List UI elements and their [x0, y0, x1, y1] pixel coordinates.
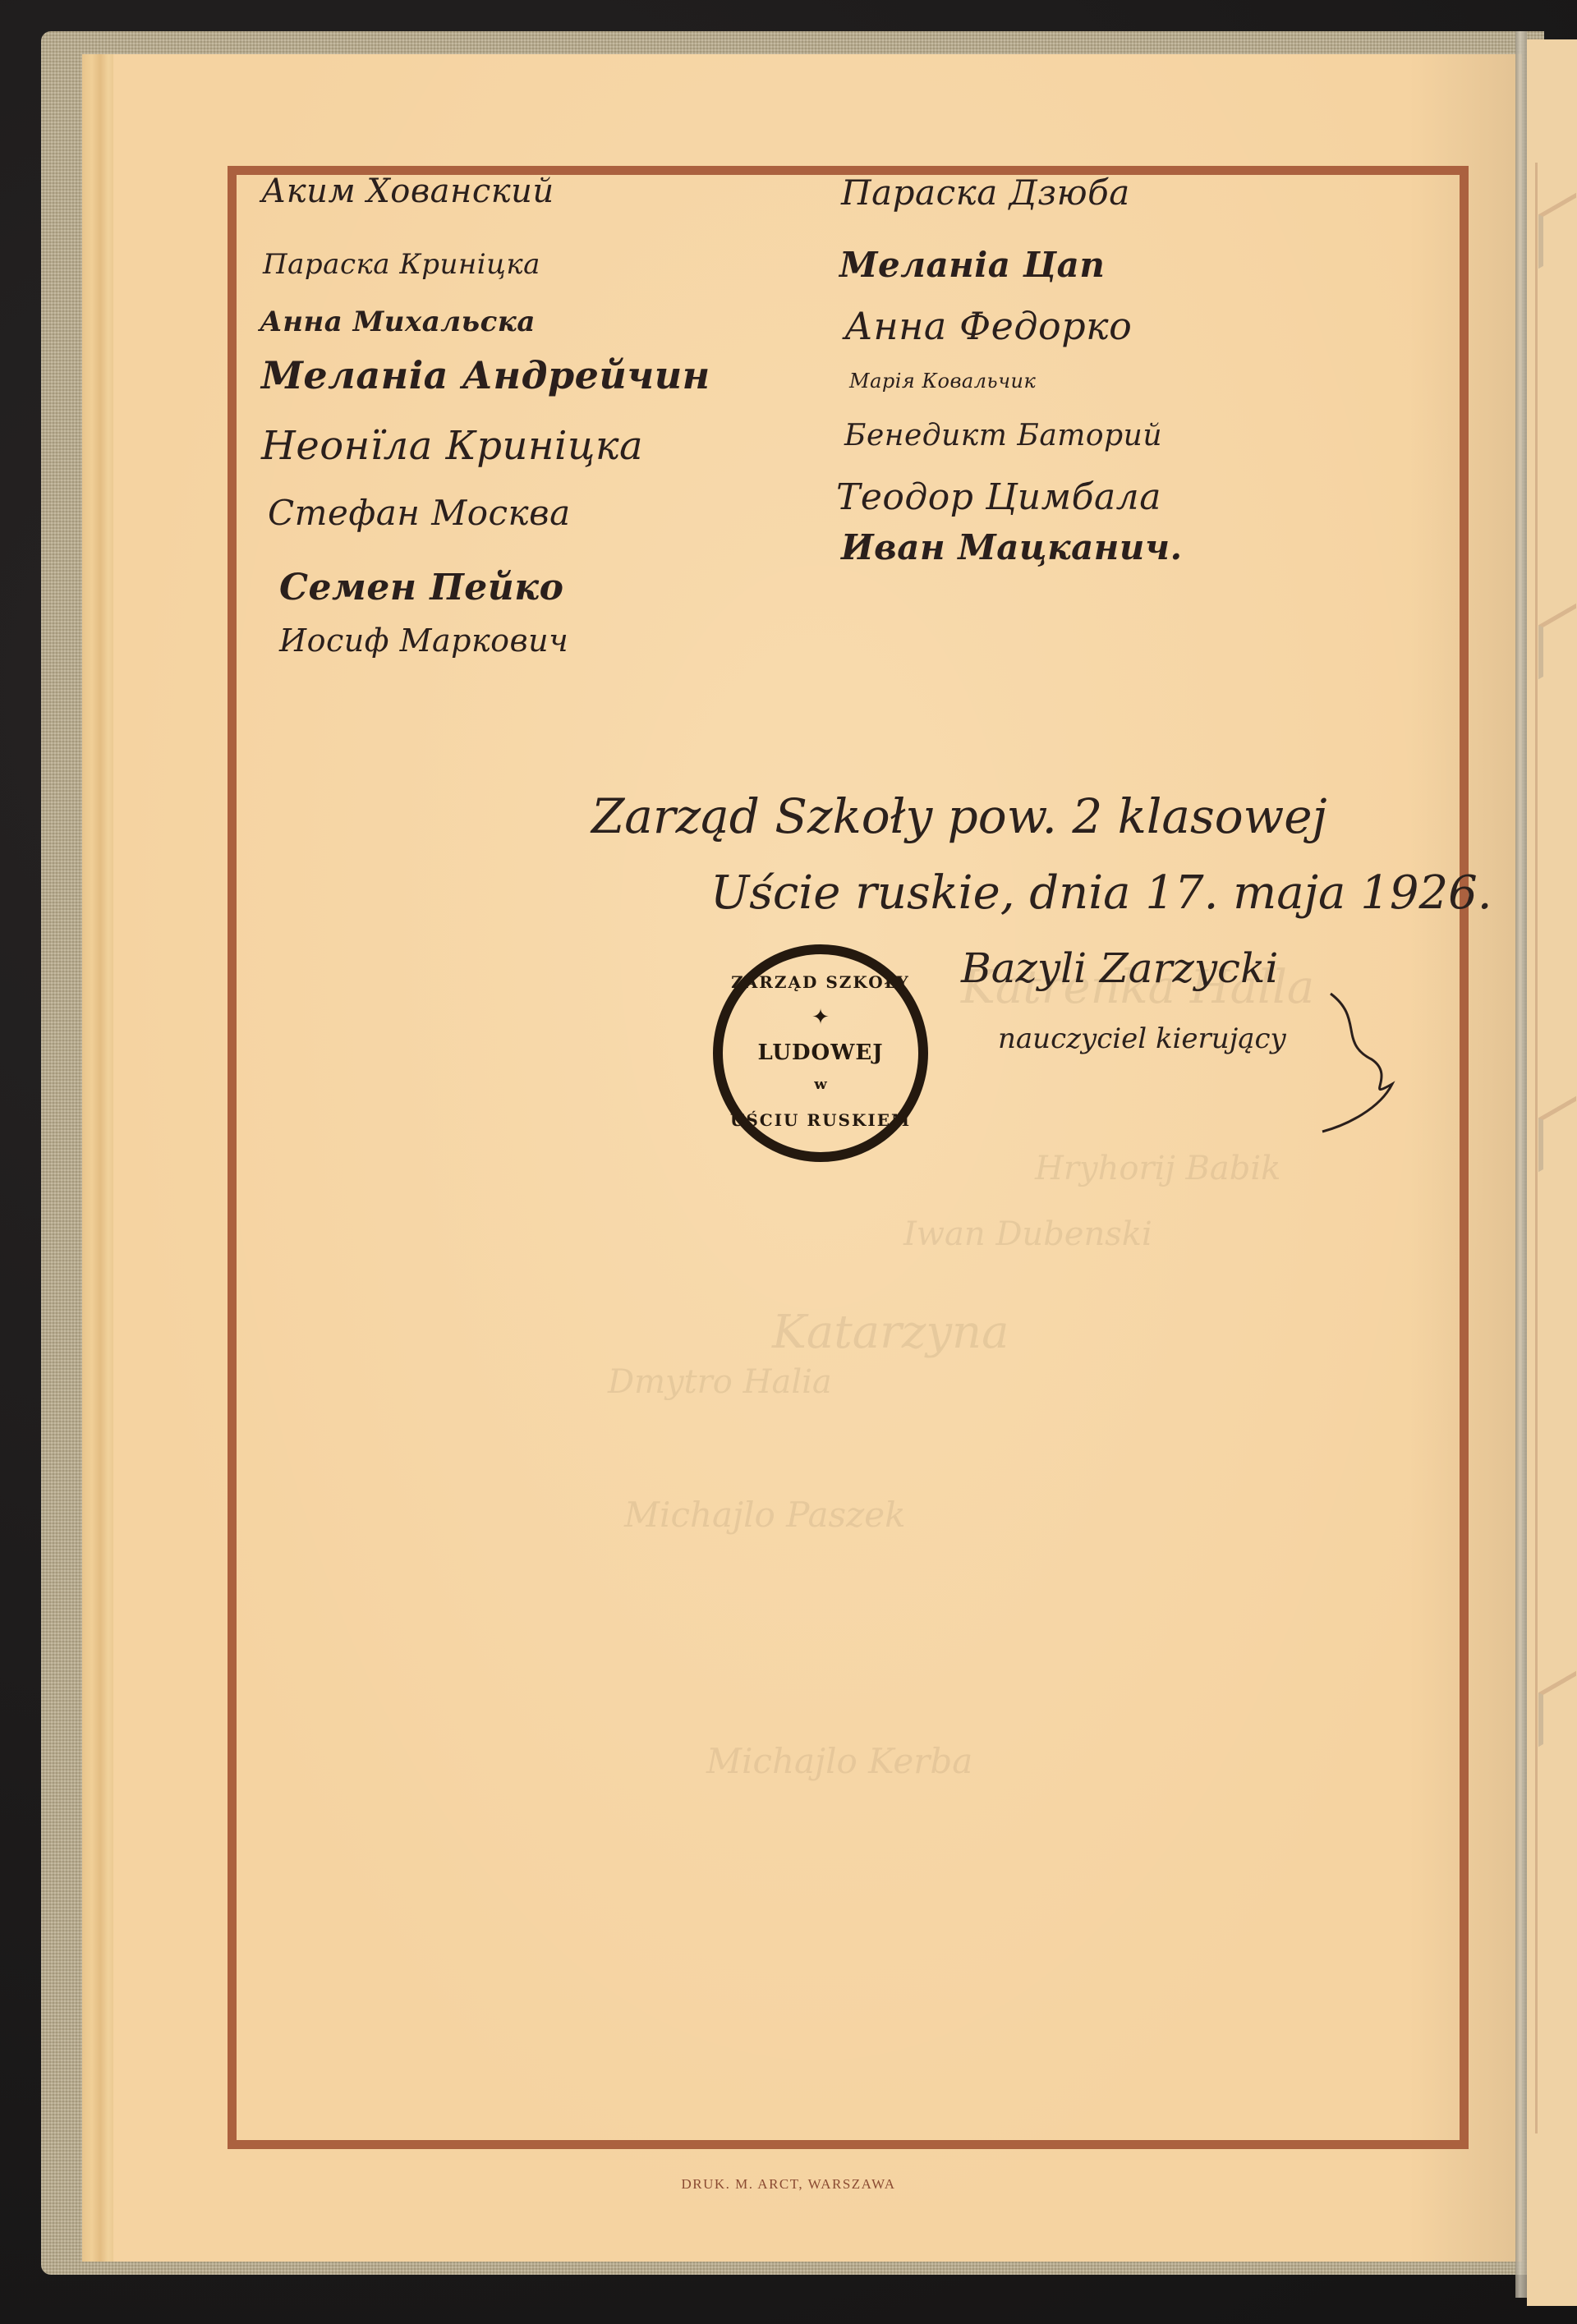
- stamp-top-text: ZARZĄD SZKOŁY: [723, 972, 918, 992]
- signature-flourish-icon: [1314, 985, 1405, 1133]
- show-through-text: Michajlo Paszek: [624, 1495, 906, 1535]
- school-stamp: ZARZĄD SZKOŁY ✦ LUDOWEJ w UŚCIU RUSKIEM: [713, 944, 928, 1162]
- show-through-text: Hryhorij Babik: [1035, 1150, 1280, 1187]
- signature-right-7: Иван Мацканич.: [841, 527, 1183, 567]
- signature-right-4: Марія Ковальчик: [849, 370, 1036, 393]
- signature-left-3: Анна Михальска: [260, 305, 536, 338]
- show-through-text: Iwan Dubenski: [903, 1215, 1152, 1253]
- stamp-bottom-text: UŚCIU RUSKIEM: [723, 1110, 918, 1130]
- signature-left-4: Меланіа Андрейчин: [261, 353, 710, 397]
- teacher-title: nauczyciel kierujący: [998, 1022, 1286, 1055]
- facing-page-strip: [1527, 39, 1577, 2306]
- star-icon: ✦: [723, 1005, 918, 1030]
- signature-right-6: Теодор Цимбала: [836, 476, 1161, 518]
- signature-right-5: Бенедикт Баторий: [844, 419, 1162, 452]
- show-through-text: Michajlo Kerba: [706, 1741, 972, 1781]
- signature-left-7: Семен Пейко: [279, 567, 563, 609]
- page-edges: [82, 54, 115, 2262]
- book-gutter: [1515, 31, 1527, 2298]
- signature-left-6: Стефан Москва: [268, 493, 571, 533]
- signature-right-3: Анна Федорко: [844, 304, 1132, 348]
- attestation-line-2: Uście ruskie, dnia 17. maja 1926.: [710, 866, 1492, 920]
- stamp-center-text: LUDOWEJ: [723, 1040, 918, 1065]
- signature-left-8: Иосиф Маркович: [279, 622, 568, 659]
- show-through-text: Katarzyna: [772, 1306, 1009, 1359]
- signature-right-1: Параска Дзюба: [841, 172, 1130, 213]
- signature-left-2: Параска Криніцка: [263, 248, 540, 281]
- show-through-text: Dmytro Halia: [608, 1363, 832, 1401]
- printer-imprint: DRUK. M. ARCT, WARSZAWA: [0, 2176, 1577, 2193]
- signature-right-2: Меланіа Цап: [839, 245, 1105, 285]
- signature-left-5: Неонїла Криніцка: [261, 423, 643, 469]
- attestation-line-1: Zarząd Szkoły pow. 2 klasowej: [591, 788, 1327, 844]
- stamp-middle-text: w: [723, 1076, 918, 1093]
- signature-left-1: Аким Хованский: [261, 172, 554, 210]
- teacher-signature: Bazyli Zarzycki: [961, 944, 1278, 992]
